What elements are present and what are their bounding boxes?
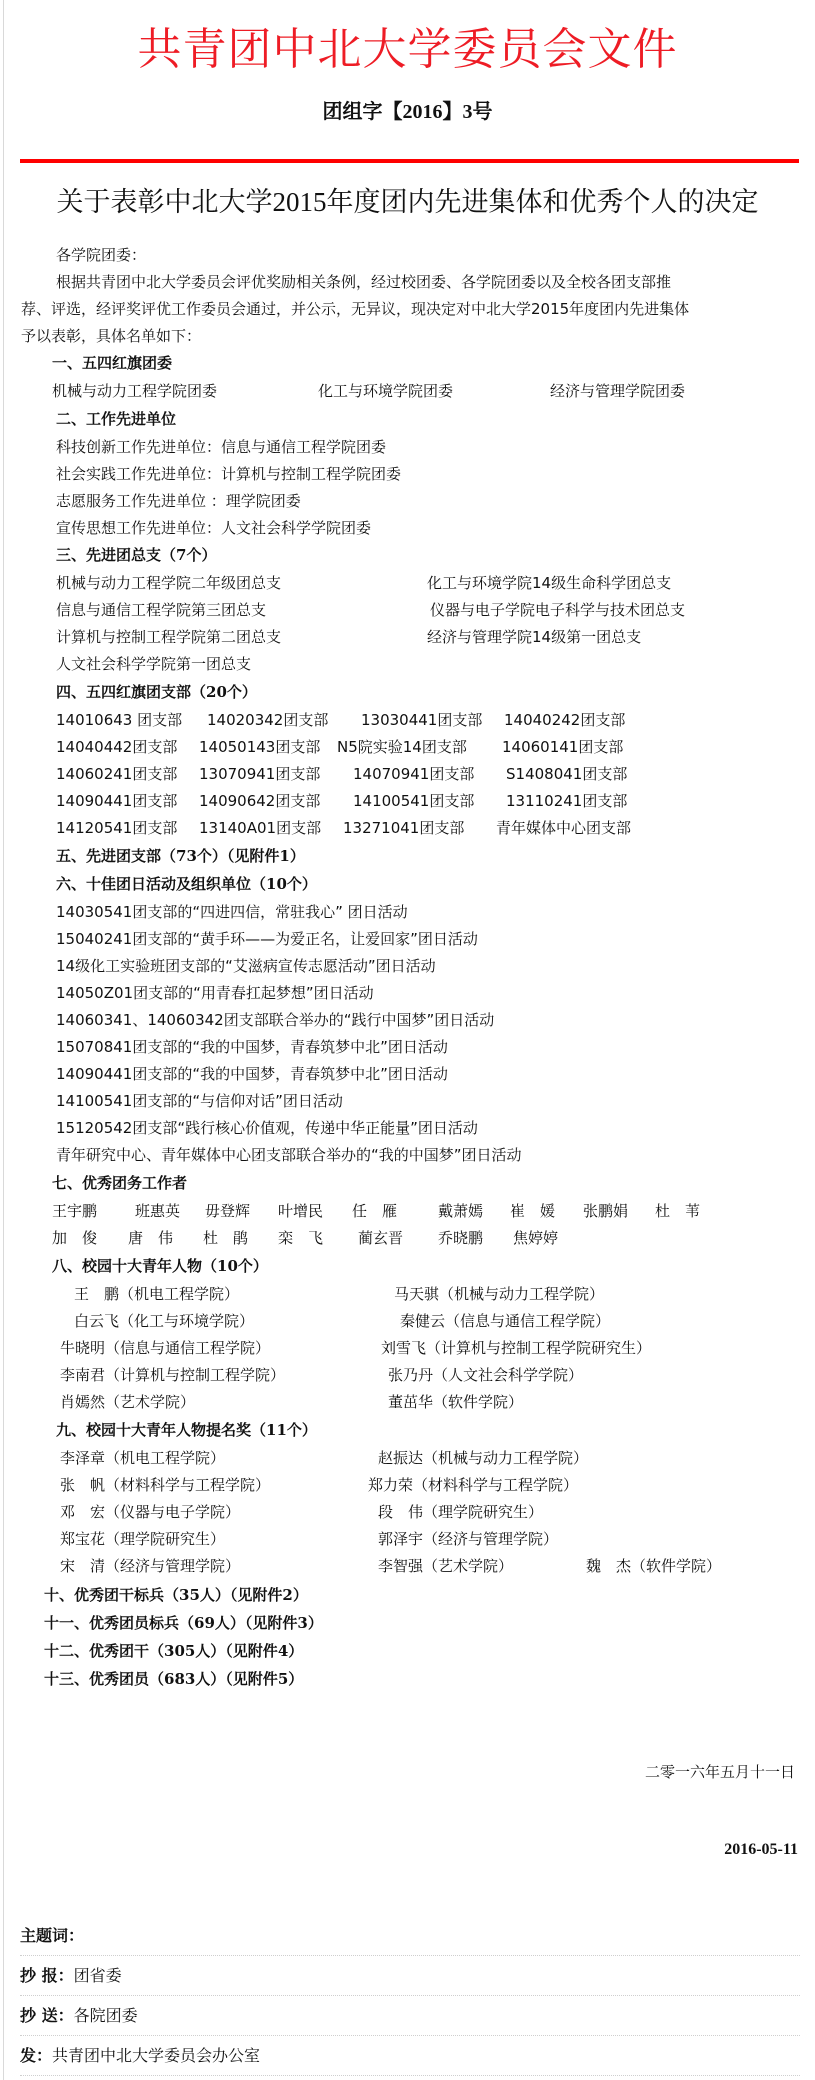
issuer-value: 共青团中北大学委员会办公室 <box>52 2046 260 2065</box>
copy-label: 抄 送： <box>20 2006 74 2025</box>
branch-item: 14010643 团支部 <box>56 707 182 735</box>
person-item: 邓 宏（仪器与电子学院） <box>60 1499 240 1527</box>
person-name: 毋登辉 <box>205 1198 250 1226</box>
branch-item: 14040242团支部 <box>504 707 625 735</box>
branch-item: 14120541团支部 <box>56 815 177 843</box>
section-heading: 一、五四红旗团委 <box>52 350 172 378</box>
report-label: 抄 报： <box>20 1966 74 1985</box>
person-name: 栾 飞 <box>278 1225 323 1253</box>
person-name: 蔺玄晋 <box>358 1225 403 1253</box>
issue-date-numeric: 2016-05-11 <box>724 1836 798 1864</box>
footer-keywords-row: 主题词： <box>20 1916 800 1956</box>
person-item: 李南君（计算机与控制工程学院） <box>60 1362 285 1390</box>
section-heading: 三、先进团总支（7个） <box>56 542 216 570</box>
person-name: 戴萧嫣 <box>438 1198 483 1226</box>
person-name: 王宇鹏 <box>52 1198 97 1226</box>
person-name: 崔 媛 <box>510 1198 555 1226</box>
unit-item: 经济与管理学院团委 <box>550 378 685 406</box>
branch-item: 14090441团支部 <box>56 788 177 816</box>
section-heading: 六、十佳团日活动及组织单位（10个） <box>56 871 317 899</box>
branch-item: 13271041团支部 <box>343 815 464 843</box>
person-item: 李泽章（机电工程学院） <box>60 1445 225 1473</box>
branch-item: 13070941团支部 <box>199 761 320 789</box>
unit-item: 计算机与控制工程学院第二团总支 <box>56 624 281 652</box>
person-item: 宋 清（经济与管理学院） <box>60 1553 240 1581</box>
activity-item: 14030541团支部的“四进四信，常驻我心” 团日活动 <box>56 899 408 927</box>
unit-item: 经济与管理学院14级第一团总支 <box>427 624 641 652</box>
red-divider <box>20 159 799 163</box>
intro-line: 予以表彰，具体名单如下： <box>21 323 201 351</box>
person-item: 马天骐（机械与动力工程学院） <box>394 1281 604 1309</box>
section-heading: 十二、优秀团干（305人）（见附件4） <box>44 1638 303 1666</box>
person-item: 张乃丹（人文社会科学学院） <box>388 1362 583 1390</box>
unit-item: 机械与动力工程学院二年级团总支 <box>56 570 281 598</box>
person-item: 郑力荣（材料科学与工程学院） <box>368 1472 578 1500</box>
person-item: 董茁华（软件学院） <box>388 1389 523 1417</box>
person-name: 加 俊 <box>52 1225 97 1253</box>
activity-item: 15040241团支部的“黄手环——为爱正名，让爱回家”团日活动 <box>56 926 478 954</box>
branch-item: 青年媒体中心团支部 <box>496 815 631 843</box>
activity-item: 14级化工实验班团支部的“艾滋病宣传志愿活动”团日活动 <box>56 953 436 981</box>
section-1-row: 机械与动力工程学院团委 化工与环境学院团委 经济与管理学院团委 <box>0 378 815 405</box>
branch-item: 14020342团支部 <box>207 707 328 735</box>
section-heading: 二、工作先进单位 <box>56 406 176 434</box>
intro-line: 荐、评选，经评奖评优工作委员会通过，并公示，无异议，现决定对中北大学2015年度… <box>21 296 689 324</box>
person-name: 叶增民 <box>278 1198 323 1226</box>
person-item: 秦健云（信息与通信工程学院） <box>400 1308 610 1336</box>
branch-item: 14060241团支部 <box>56 761 177 789</box>
footer-issuer-row: 发：共青团中北大学委员会办公室 <box>20 2036 800 2076</box>
branch-item: N5院实验14团支部 <box>337 734 467 762</box>
person-item: 肖嫣然（艺术学院） <box>60 1389 195 1417</box>
person-item: 牛晓明（信息与通信工程学院） <box>60 1335 270 1363</box>
branch-item: 14040442团支部 <box>56 734 177 762</box>
branch-item: 14070941团支部 <box>353 761 474 789</box>
branch-item: 13140A01团支部 <box>199 815 321 843</box>
unit-item: 科技创新工作先进单位：信息与通信工程学院团委 <box>56 434 386 462</box>
intro-line: 根据共青团中北大学委员会评优奖励相关条例，经过校团委、各学院团委以及全校各团支部… <box>56 269 671 297</box>
section-heading: 十三、优秀团员（683人）（见附件5） <box>44 1666 303 1694</box>
person-item: 刘雪飞（计算机与控制工程学院研究生） <box>381 1335 651 1363</box>
unit-item: 社会实践工作先进单位：计算机与控制工程学院团委 <box>56 461 401 489</box>
branch-item: 14100541团支部 <box>353 788 474 816</box>
unit-item: 化工与环境学院14级生命科学团总支 <box>427 570 671 598</box>
issuer-label: 发： <box>20 2046 52 2065</box>
activity-item: 青年研究中心、青年媒体中心团支部联合举办的“我的中国梦”团日活动 <box>56 1142 522 1170</box>
person-name: 张鹏娟 <box>583 1198 628 1226</box>
unit-item: 机械与动力工程学院团委 <box>52 378 217 406</box>
section-heading: 十、优秀团干标兵（35人）（见附件2） <box>44 1582 308 1610</box>
person-name: 杜 苇 <box>655 1198 700 1226</box>
person-item: 段 伟（理学院研究生） <box>378 1499 543 1527</box>
copy-value: 各院团委 <box>74 2006 138 2025</box>
activity-item: 14090441团支部的“我的中国梦，青春筑梦中北”团日活动 <box>56 1061 448 1089</box>
person-item: 白云飞（化工与环境学院） <box>74 1308 254 1336</box>
person-name: 乔晓鹏 <box>438 1225 483 1253</box>
section-heading: 九、校园十大青年人物提名奖（11个） <box>56 1417 317 1445</box>
activity-item: 15070841团支部的“我的中国梦，青春筑梦中北”团日活动 <box>56 1034 448 1062</box>
footer-copy-row: 抄 送：各院团委 <box>20 1996 800 2036</box>
person-name: 班惠英 <box>135 1198 180 1226</box>
unit-item: 信息与通信工程学院第三团总支 <box>56 597 266 625</box>
branch-item: 13110241团支部 <box>506 788 627 816</box>
decision-title: 关于表彰中北大学2015年度团内先进集体和优秀个人的决定 <box>0 184 815 220</box>
unit-item: 宣传思想工作先进单位：人文社会科学学院团委 <box>56 515 371 543</box>
footer-report-row: 抄 报：团省委 <box>20 1956 800 1996</box>
unit-item: 人文社会科学学院第一团总支 <box>56 651 251 679</box>
activity-item: 14100541团支部的“与信仰对话”团日活动 <box>56 1088 343 1116</box>
keywords-label: 主题词： <box>20 1926 84 1945</box>
person-item: 李智强（艺术学院） <box>378 1553 513 1581</box>
person-item: 王 鹏（机电工程学院） <box>74 1281 239 1309</box>
report-value: 团省委 <box>74 1966 122 1985</box>
section-heading: 八、校园十大青年人物（10个） <box>52 1253 268 1281</box>
doc-number: 团组字【2016】3号 <box>0 98 815 126</box>
unit-item: 仪器与电子学院电子科学与技术团总支 <box>430 597 685 625</box>
person-item: 魏 杰（软件学院） <box>586 1553 721 1581</box>
issue-date-chinese: 二零一六年五月十一日 <box>645 1759 795 1787</box>
unit-item: 志愿服务工作先进单位 ：理学院团委 <box>56 488 301 516</box>
section-heading: 五、先进团支部（73个）（见附件1） <box>56 843 305 871</box>
activity-item: 14060341、14060342团支部联合举办的“践行中国梦”团日活动 <box>56 1007 494 1035</box>
person-name: 焦婷婷 <box>513 1225 558 1253</box>
section-heading: 四、五四红旗团支部（20个） <box>56 679 257 707</box>
section-heading: 十一、优秀团员标兵（69人）（见附件3） <box>44 1610 323 1638</box>
branch-item: 14090642团支部 <box>199 788 320 816</box>
person-item: 郑宝花（理学院研究生） <box>60 1526 225 1554</box>
org-title: 共青团中北大学委员会文件 <box>0 22 815 78</box>
person-item: 郭泽宇（经济与管理学院） <box>378 1526 558 1554</box>
person-item: 赵振达（机械与动力工程学院） <box>378 1445 588 1473</box>
activity-item: 15120542团支部“践行核心价值观，传递中华正能量”团日活动 <box>56 1115 478 1143</box>
section-heading: 七、优秀团务工作者 <box>52 1170 187 1198</box>
branch-item: S1408041团支部 <box>506 761 627 789</box>
person-item: 张 帆（材料科学与工程学院） <box>60 1472 270 1500</box>
person-name: 杜 鹃 <box>203 1225 248 1253</box>
branch-item: 14060141团支部 <box>502 734 623 762</box>
activity-item: 14050Z01团支部的“用青春扛起梦想”团日活动 <box>56 980 374 1008</box>
branch-item: 14050143团支部 <box>199 734 320 762</box>
person-name: 唐 伟 <box>128 1225 173 1253</box>
branch-item: 13030441团支部 <box>361 707 482 735</box>
person-name: 任 雁 <box>352 1198 397 1226</box>
unit-item: 化工与环境学院团委 <box>318 378 453 406</box>
page-left-border <box>3 0 4 2080</box>
salutation: 各学院团委： <box>56 242 146 270</box>
